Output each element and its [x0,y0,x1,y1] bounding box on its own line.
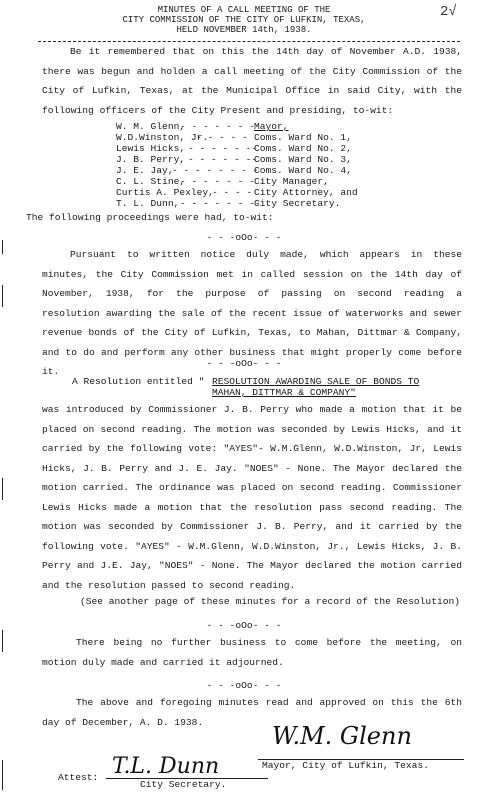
header-line-3: HELD NOVEMBER 14th, 1938. [0,26,488,35]
officer-name: Curtis A. Pexley, [116,187,216,198]
scan-edge-mark [2,630,3,652]
officer-dashes: - - - - - -- [188,143,257,154]
mayor-caption: Mayor, City of Lufkin, Texas. [262,760,429,771]
separator: - - -oOo- - - [0,620,488,631]
resolution-title-line-2: MAHAN, DITTMAR & COMPANY" [212,387,356,398]
separator: - - -oOo- - - [0,680,488,691]
separator: - - -oOo- - - [0,232,488,243]
scan-edge-mark [2,760,3,790]
officer-title: City Manager, [254,176,329,187]
officer-title: Coms. Ward No. 4, [254,165,352,176]
proceedings-intro: The following proceedings were had, to-w… [26,212,274,223]
secretary-caption: City Secretary. [140,779,226,790]
intro-paragraph: Be it remembered that on this the 14th d… [42,42,462,120]
officer-dashes: - - - - [212,187,252,198]
see-note: (See another page of these minutes for a… [80,596,460,607]
officer-dashes: - - - - - [196,132,248,143]
adjourn-paragraph: There being no further business to come … [42,633,462,672]
officer-title: Coms. Ward No. 1, [254,132,352,143]
scan-edge-mark [2,240,3,254]
mayor-signature: W.M. Glenn [272,722,412,750]
officer-dashes: - - - - - - -- [180,198,261,209]
header-line-2: CITY COMMISSION OF THE CITY OF LUFKIN, T… [0,16,488,25]
motion-paragraph: was introduced by Commissioner J. B. Per… [42,400,462,595]
separator: - - -oOo- - - [0,358,488,369]
officer-dashes: - - - - - - - [180,176,255,187]
officer-title: Coms. Ward No. 2, [254,143,352,154]
attest-label: Attest: [58,772,98,783]
scan-edge-mark [2,285,3,307]
scan-edge-mark [2,478,3,500]
officer-dashes: - - - - - - - [180,121,255,132]
officer-title: City Secretary. [254,198,340,209]
officer-title: City Attorney, and [254,187,358,198]
officer-title: Mayor, [254,121,289,132]
secretary-signature: T.L. Dunn [112,754,219,779]
officer-dashes: - - - - - - - - [172,165,258,176]
officer-title: Coms. Ward No. 3, [254,154,352,165]
resolution-title-lead: A Resolution entitled " [72,376,204,387]
resolution-title-line-1: RESOLUTION AWARDING SALE OF BONDS TO [212,376,419,387]
header-line-1: MINUTES OF A CALL MEETING OF THE [0,6,488,15]
officer-dashes: - - - - - -- [188,154,257,165]
